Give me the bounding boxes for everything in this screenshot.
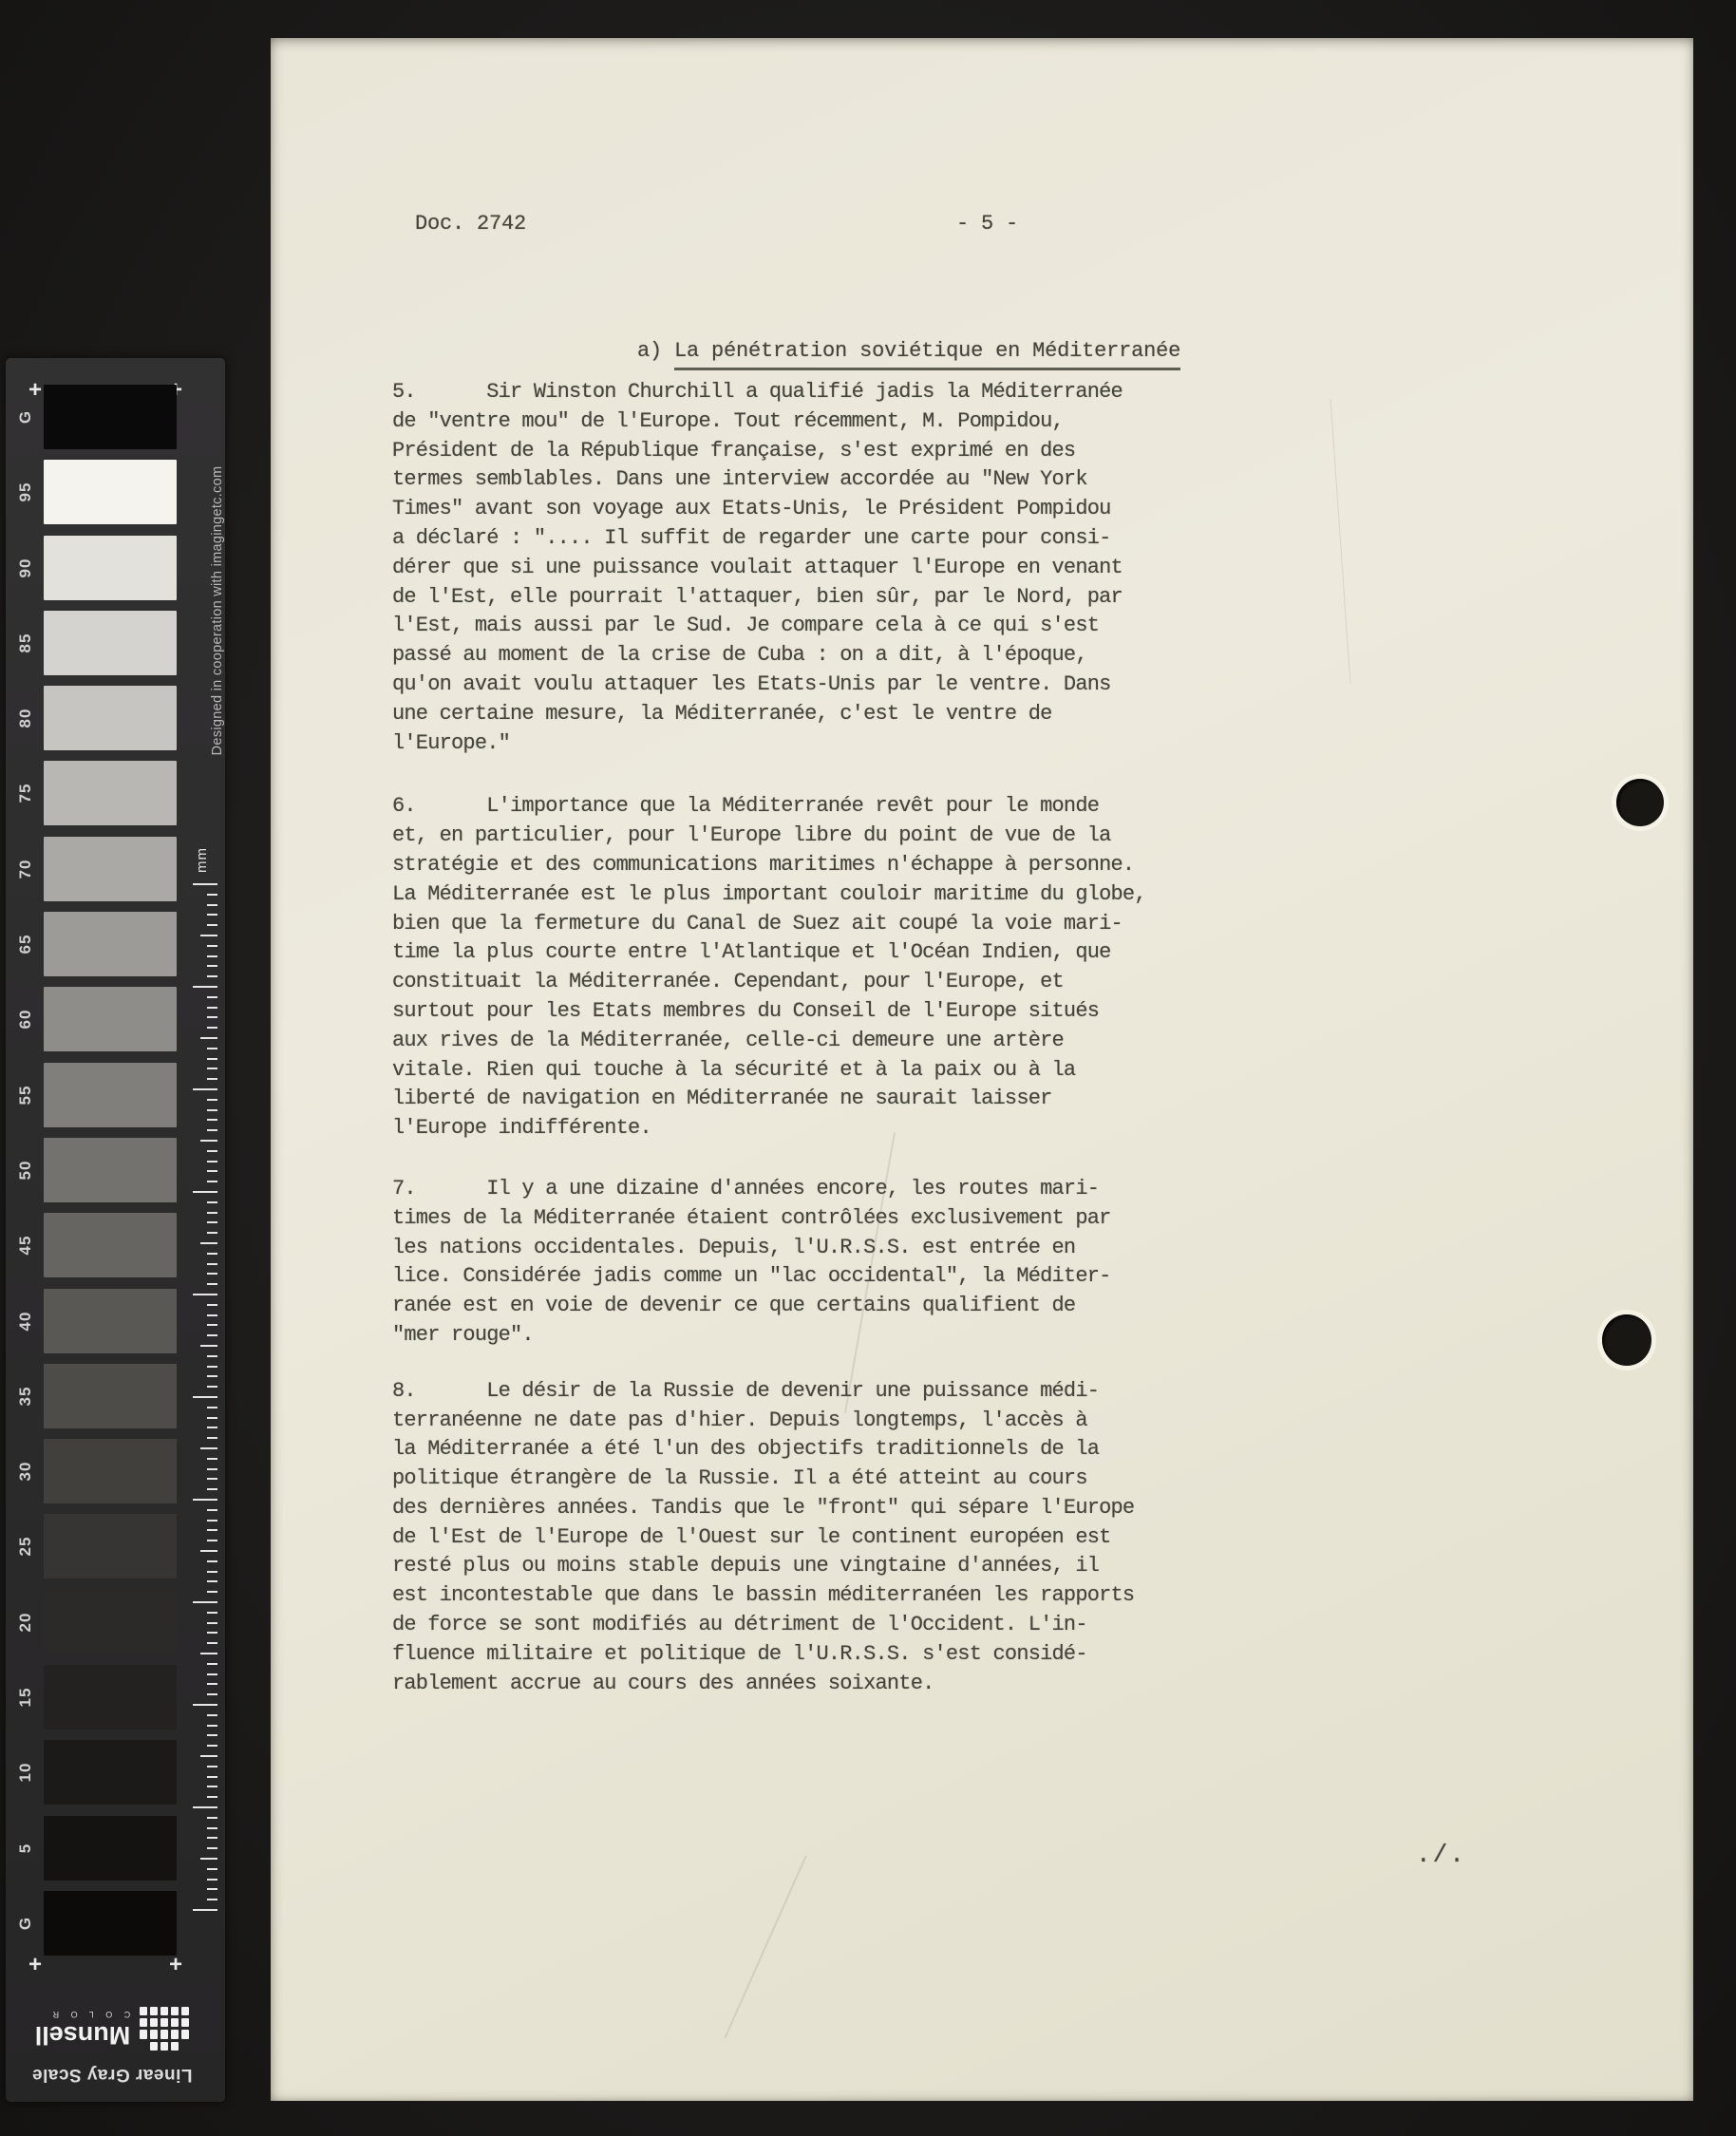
ruler-tick — [193, 1909, 217, 1911]
ruler-tick — [207, 955, 217, 957]
gray-patch-row: 80 — [6, 686, 225, 750]
ruler-tick — [207, 1048, 217, 1049]
ruler-tick — [207, 1068, 217, 1069]
ruler-tick — [207, 1458, 217, 1460]
ruler-tick — [207, 1837, 217, 1839]
ruler-tick — [207, 1683, 217, 1685]
brand-subtitle: C O L O R — [35, 2010, 131, 2019]
text-line: et, en particulier, pour l'Europe libre … — [392, 822, 1570, 851]
patch-label: 75 — [16, 771, 35, 815]
punch-hole — [1602, 1314, 1651, 1366]
ruler-tick — [207, 1417, 217, 1419]
text-line: termes semblables. Dans une interview ac… — [392, 465, 1570, 495]
ruler-tick — [193, 1191, 217, 1193]
text-line: la Méditerranée a été l'un des objectifs… — [392, 1435, 1570, 1465]
ruler-tick — [200, 1447, 217, 1449]
text-line: terranéenne ne date pas d'hier. Depuis l… — [392, 1407, 1570, 1436]
mm-ruler: mm — [6, 883, 223, 1919]
ruler-tick — [207, 1170, 217, 1172]
text-line: 6. L'importance que la Méditerranée revê… — [392, 792, 1570, 822]
ruler-tick — [207, 904, 217, 906]
ruler-tick — [207, 1642, 217, 1644]
ruler-tick — [193, 1806, 217, 1808]
ruler-tick — [207, 1119, 217, 1121]
ruler-tick — [207, 965, 217, 967]
text-line: une certaine mesure, la Méditerranée, c'… — [392, 700, 1570, 729]
text-line: de l'Est, elle pourrait l'attaquer, bien… — [392, 583, 1570, 613]
ruler-tick — [193, 1499, 217, 1501]
ruler-tick — [207, 1488, 217, 1490]
ruler-tick — [207, 1386, 217, 1388]
strip-title: Linear Gray Scale — [19, 2064, 205, 2085]
gray-swatch — [44, 536, 177, 600]
gray-patch-row: G — [6, 385, 225, 449]
ruler-tick — [207, 1786, 217, 1787]
text-line: de l'Est de l'Europe de l'Ouest sur le c… — [392, 1523, 1570, 1553]
ruler-tick — [207, 924, 217, 926]
ruler-tick — [207, 1437, 217, 1439]
text-line: stratégie et des communications maritime… — [392, 851, 1570, 880]
text-line: l'Europe indifférente. — [392, 1114, 1570, 1144]
section-title: a) La pénétration soviétique en Méditerr… — [563, 315, 1180, 387]
text-line: La Méditerranée est le plus important co… — [392, 880, 1570, 910]
ruler-tick — [207, 1509, 217, 1511]
ruler-tick — [207, 1181, 217, 1182]
ruler-tick — [207, 1899, 217, 1900]
gray-patch-row: 90 — [6, 536, 225, 600]
ruler-tick — [207, 1366, 217, 1368]
ruler-tick — [207, 1129, 217, 1131]
text-line: resté plus ou moins stable depuis une vi… — [392, 1552, 1570, 1581]
ruler-tick — [200, 1858, 217, 1860]
ruler-tick — [207, 1016, 217, 1018]
ruler-tick — [207, 1540, 217, 1541]
paragraph-7: 7. Il y a une dizaine d'années encore, l… — [392, 1175, 1570, 1351]
ruler-tick — [207, 1714, 217, 1716]
ruler-tick — [193, 986, 217, 988]
ruler-tick — [200, 1550, 217, 1552]
ruler-tick — [207, 1221, 217, 1223]
text-line: surtout pour les Etats membres du Consei… — [392, 997, 1570, 1027]
body-text: 5. Sir Winston Churchill a qualifié jadi… — [392, 378, 1570, 1730]
ruler-tick — [207, 1058, 217, 1060]
text-line: l'Europe." — [392, 729, 1570, 759]
ruler-tick — [207, 1827, 217, 1829]
ruler-tick — [207, 1478, 217, 1480]
text-line: vitale. Rien qui touche à la sécurité et… — [392, 1056, 1570, 1086]
ruler-tick — [207, 1612, 217, 1614]
ruler-tick — [207, 1263, 217, 1265]
ruler-tick — [207, 1078, 217, 1080]
ruler-tick — [207, 1693, 217, 1695]
text-line: qu'on avait voulu attaquer les Etats-Uni… — [392, 671, 1570, 700]
patch-label: G — [16, 395, 35, 439]
ruler-tick — [207, 1201, 217, 1203]
text-line: liberté de navigation en Méditerranée ne… — [392, 1085, 1570, 1114]
patch-label: 85 — [16, 621, 35, 665]
text-line: dérer que si une puissance voulait attaq… — [392, 554, 1570, 583]
ruler-tick — [193, 1294, 217, 1295]
ruler-tick — [207, 1622, 217, 1624]
ruler-tick — [207, 1663, 217, 1665]
ruler-tick — [207, 1099, 217, 1101]
ruler-tick — [207, 1888, 217, 1890]
text-line: fluence militaire et politique de l'U.R.… — [392, 1640, 1570, 1670]
ruler-tick — [207, 1817, 217, 1819]
text-line: passé au moment de la crise de Cuba : on… — [392, 641, 1570, 671]
ruler-tick — [207, 1283, 217, 1285]
ruler-tick — [200, 935, 217, 936]
text-line: ranée est en voie de devenir ce que cert… — [392, 1292, 1570, 1321]
text-line: 5. Sir Winston Churchill a qualifié jadi… — [392, 378, 1570, 407]
text-line: a déclaré : ".... Il suffit de regarder … — [392, 524, 1570, 554]
ruler-tick — [193, 883, 217, 885]
patch-label: 90 — [16, 546, 35, 590]
text-line: est incontestable que dans le bassin méd… — [392, 1581, 1570, 1611]
ruler-tick — [207, 1745, 217, 1747]
gray-patch-row: 85 — [6, 611, 225, 675]
strip-side-text-label: Designed in cooperation with imagingetc.… — [210, 440, 225, 782]
ruler-tick — [207, 894, 217, 896]
ruler-tick — [207, 1673, 217, 1675]
ruler-tick — [207, 1725, 217, 1727]
ruler-tick — [193, 1601, 217, 1603]
ruler-tick — [207, 1150, 217, 1152]
ruler-tick — [200, 1140, 217, 1142]
ruler-tick — [193, 1704, 217, 1706]
text-line: l'Est, mais aussi par le Sud. Je compare… — [392, 612, 1570, 641]
gray-swatch — [44, 686, 177, 750]
munsell-logo-icon — [140, 2007, 189, 2051]
ruler-tick — [207, 1314, 217, 1316]
text-line: de "ventre mou" de l'Europe. Tout récemm… — [392, 407, 1570, 437]
ruler-tick — [200, 1345, 217, 1347]
ruler-tick — [200, 1037, 217, 1039]
ruler-tick — [207, 1868, 217, 1870]
text-line: time la plus courte entre l'Atlantique e… — [392, 938, 1570, 968]
ruler-tick — [207, 1796, 217, 1798]
ruler-tick — [207, 1591, 217, 1593]
ruler-tick — [207, 1161, 217, 1163]
ruler-tick — [207, 945, 217, 947]
ruler-tick — [207, 1529, 217, 1531]
ruler-unit-label: mm — [194, 847, 210, 873]
text-line: lice. Considérée jadis comme un "lac occ… — [392, 1262, 1570, 1292]
ruler-tick — [207, 1109, 217, 1111]
ruler-tick — [207, 1407, 217, 1408]
text-line: des dernières années. Tandis que le "fro… — [392, 1494, 1570, 1523]
ruler-tick — [207, 1734, 217, 1736]
text-line: politique étrangère de la Russie. Il a é… — [392, 1465, 1570, 1494]
ruler-tick — [207, 1232, 217, 1234]
ruler-tick — [200, 1242, 217, 1244]
ruler-tick — [207, 1766, 217, 1767]
ruler-tick — [207, 1879, 217, 1881]
ruler-tick — [207, 1847, 217, 1849]
crease-mark — [724, 1856, 806, 2039]
text-line: 8. Le désir de la Russie de devenir une … — [392, 1377, 1570, 1407]
ruler-tick — [207, 996, 217, 998]
text-line: times de la Méditerranée étaient contrôl… — [392, 1204, 1570, 1234]
ruler-tick — [207, 1580, 217, 1582]
page-number: - 5 - — [956, 212, 1018, 236]
ruler-tick — [193, 1088, 217, 1090]
gray-swatch — [44, 385, 177, 449]
photo-backdrop: + + + + G9590858075706560555045403530252… — [0, 0, 1736, 2136]
ruler-tick — [207, 1375, 217, 1377]
text-line: aux rives de la Méditerranée, celle-ci d… — [392, 1027, 1570, 1056]
ruler-tick — [207, 1304, 217, 1306]
text-line: Times" avant son voyage aux Etats-Unis, … — [392, 495, 1570, 524]
text-line: Président de la République française, s'… — [392, 437, 1570, 466]
patch-label: 95 — [16, 470, 35, 514]
ruler-tick — [207, 1427, 217, 1428]
text-line: 7. Il y a une dizaine d'années encore, l… — [392, 1175, 1570, 1204]
brand-name: Munsell — [35, 2022, 131, 2048]
continuation-mark: ./. — [1416, 1841, 1466, 1869]
gray-patch-row: 95 — [6, 460, 225, 524]
text-line: bien que la fermeture du Canal de Suez a… — [392, 910, 1570, 939]
ruler-tick — [207, 914, 217, 916]
ruler-tick — [193, 1396, 217, 1398]
ruler-tick — [207, 1212, 217, 1214]
ruler-tick — [200, 1653, 217, 1654]
ruler-tick — [207, 1560, 217, 1562]
gray-patch-row: 75 — [6, 761, 225, 825]
strip-footer: Linear Gray Scale Munsell C O L O R — [19, 2007, 205, 2085]
text-line: les nations occidentales. Depuis, l'U.R.… — [392, 1234, 1570, 1263]
paragraph-8: 8. Le désir de la Russie de devenir une … — [392, 1377, 1570, 1699]
ruler-tick — [207, 1520, 217, 1522]
ruler-tick — [207, 1632, 217, 1634]
punch-hole — [1616, 779, 1664, 826]
ruler-tick — [207, 1324, 217, 1326]
paragraph-5: 5. Sir Winston Churchill a qualifié jadi… — [392, 378, 1570, 758]
ruler-tick — [207, 1253, 217, 1255]
document-page: Doc. 2742 - 5 - a) La pénétration soviét… — [271, 38, 1693, 2101]
section-title-prefix: a) — [637, 339, 674, 363]
ruler-tick — [207, 1468, 217, 1470]
munsell-gray-scale-strip: + + + + G9590858075706560555045403530252… — [6, 358, 225, 2102]
text-line: de force se sont modifiés au détriment d… — [392, 1611, 1570, 1640]
paragraph-6: 6. L'importance que la Méditerranée revê… — [392, 792, 1570, 1144]
ruler-tick — [207, 1355, 217, 1357]
text-line: rablement accrue au cours des années soi… — [392, 1670, 1570, 1699]
ruler-tick — [207, 975, 217, 977]
gray-swatch — [44, 611, 177, 675]
ruler-tick — [207, 1007, 217, 1009]
ruler-tick — [207, 1571, 217, 1573]
section-title-text: La pénétration soviétique en Méditerrané… — [674, 339, 1180, 370]
gray-swatch — [44, 460, 177, 524]
ruler-tick — [207, 1334, 217, 1336]
ruler-tick — [200, 1755, 217, 1757]
text-line: "mer rouge". — [392, 1321, 1570, 1351]
doc-number: Doc. 2742 — [415, 212, 526, 236]
ruler-tick — [207, 1027, 217, 1029]
ruler-tick — [207, 1776, 217, 1778]
ruler-tick — [207, 1273, 217, 1275]
gray-swatch — [44, 761, 177, 825]
text-line: constituait la Méditerranée. Cependant, … — [392, 968, 1570, 997]
patch-label: 80 — [16, 696, 35, 740]
